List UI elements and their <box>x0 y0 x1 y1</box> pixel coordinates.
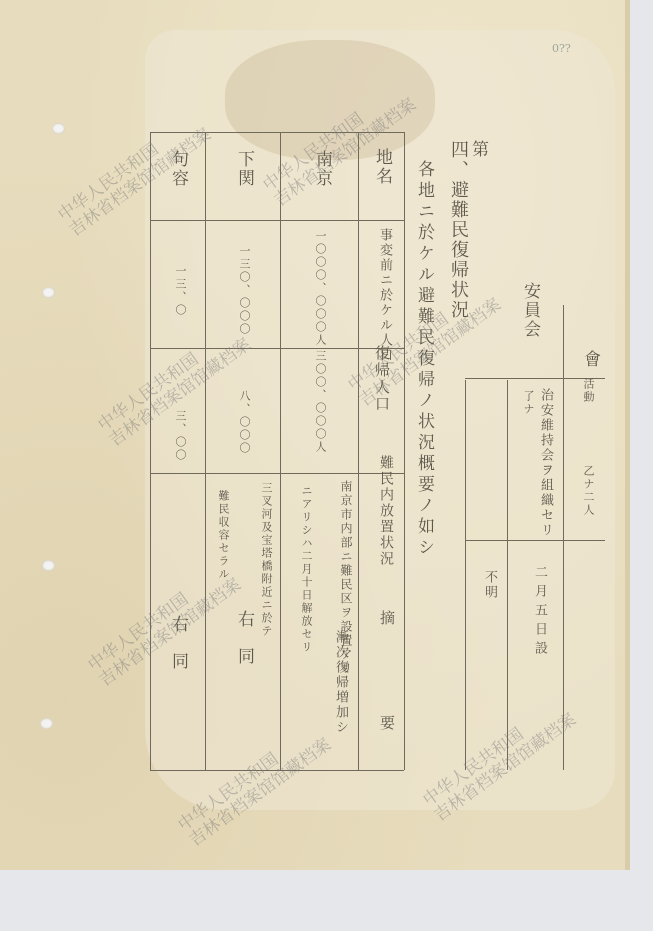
section-title: 四、避難民復帰状況 <box>445 140 471 320</box>
right-row1-col1: 了ナ <box>520 390 536 416</box>
table-col-line <box>205 132 206 770</box>
page-number: 0?? <box>552 42 571 55</box>
right-row2-col2: 二月五日設 <box>530 565 549 660</box>
table-col-line <box>280 132 281 770</box>
table-col-line <box>358 132 359 770</box>
paper-edge <box>625 0 630 870</box>
place-header-goyong: 句容 <box>166 150 191 188</box>
nanjing-situation-b: ニアリシハ二月十日解放セリ <box>298 485 314 654</box>
right-row1-col2: 治安維持会ヲ組織セリ <box>536 388 555 538</box>
table-col-line <box>507 380 508 770</box>
punch-hole-icon <box>40 718 53 729</box>
table-col-line <box>150 132 151 770</box>
header-returned-population: 復帰人口 <box>372 345 393 413</box>
header-situation: 難民内放置状況 <box>376 455 396 567</box>
right-row2-col1: 不明 <box>480 570 499 600</box>
punch-hole-icon <box>42 560 55 571</box>
place-header-nanjing: 南京 <box>310 150 335 188</box>
intro-text: 各地ニ於ケル避難民復帰ノ状況概要ノ如シ <box>412 160 437 559</box>
nanjing-prewar: 一〇〇〇、〇〇〇人 <box>312 230 328 347</box>
nanjing-returned: 三〇〇、〇〇〇人 <box>312 350 328 454</box>
punch-hole-icon <box>52 123 65 134</box>
goyong-remarks: 右同 <box>166 615 191 689</box>
table-row-divider <box>150 348 404 349</box>
table-col-line <box>404 132 405 770</box>
document-page: 0?? 句容 下関 南京 地名 四、避難民復帰状況 各地ニ於ケル避難民復帰ノ状況… <box>0 0 630 870</box>
xiaguan-remarks: 右同 <box>232 610 257 684</box>
nanjing-situation-c: 漸次復帰増加シ <box>331 630 350 735</box>
meeting-label: 會 <box>578 350 603 369</box>
right-row-divider <box>465 540 605 541</box>
table-top-border <box>150 132 404 133</box>
xiaguan-returned: 八、〇〇〇 <box>236 390 252 455</box>
header-place-label: 地名 <box>370 148 395 186</box>
committee-label: 安員会 <box>518 282 543 339</box>
right-header-label: 第 <box>466 140 491 159</box>
table-header-divider <box>150 220 404 221</box>
place-header-xiaguan: 下関 <box>232 150 257 188</box>
right-row1-col3: 乙ナ二人 <box>580 465 596 517</box>
table-col-line <box>563 305 564 770</box>
meeting-note: 活動 <box>580 378 596 404</box>
xiaguan-situation-b: 難民収容セラル <box>215 490 231 581</box>
xiaguan-situation-a: 三叉河及宝塔橋附近ニ於テ <box>258 482 274 638</box>
header-prewar-population: 事変前ニ於ケル人口 <box>375 228 394 363</box>
table-row-divider <box>150 473 404 474</box>
xiaguan-prewar: 一三〇、〇〇〇 <box>236 245 252 336</box>
punch-hole-icon <box>42 287 55 298</box>
table-bottom-border <box>150 770 404 771</box>
goyong-prewar: 一三、〇 <box>172 265 188 317</box>
header-remarks: 摘要 <box>377 610 398 820</box>
goyong-returned: 三、〇〇 <box>172 410 188 462</box>
table-col-line <box>465 380 466 770</box>
